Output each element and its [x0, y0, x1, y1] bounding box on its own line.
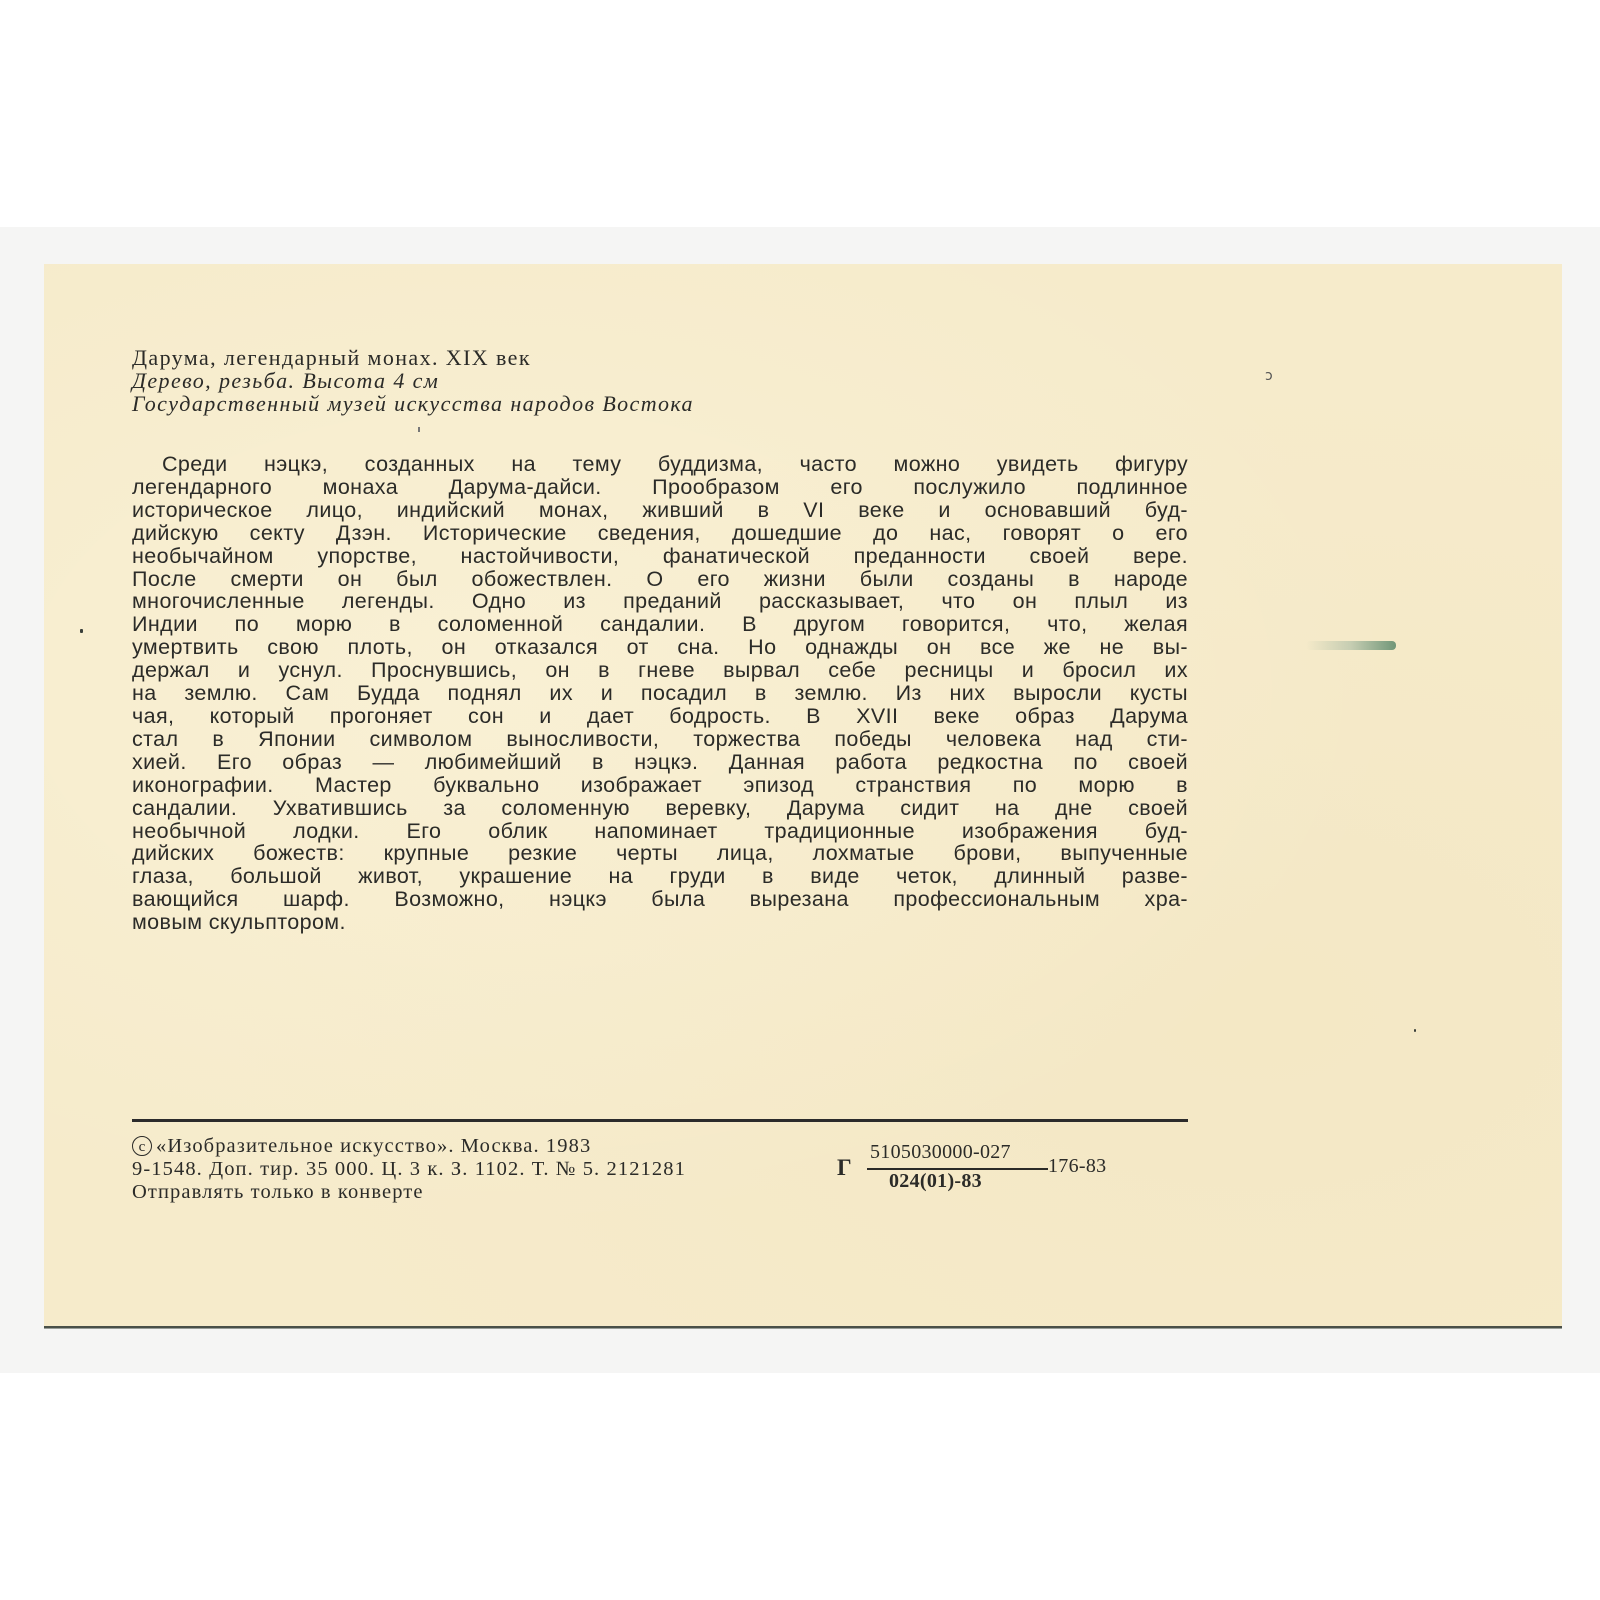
description-line: Индии по морю в соломенной сандалии. В д… — [132, 613, 1188, 636]
description-line: на землю. Сам Будда поднял их и посадил … — [132, 682, 1188, 705]
publisher-line: c«Изобразительное искусство». Москва. 19… — [132, 1135, 686, 1158]
description-line: сандалии. Ухватившись за соломенную вере… — [132, 797, 1188, 820]
green-stain — [1306, 641, 1396, 650]
description-line: чая, который прогоняет сон и дает бодрос… — [132, 705, 1188, 728]
ink-speck — [80, 629, 83, 633]
description-line: дийскую секту Дзэн. Исторические сведени… — [132, 522, 1188, 545]
corner-mark: ɔ — [1265, 368, 1273, 384]
artwork-museum: Государственный музей искусства народов … — [132, 392, 694, 415]
description-line: хией. Его образ — любимейший в нэцкэ. Да… — [132, 751, 1188, 774]
description-line: историческое лицо, индийский монах, живш… — [132, 499, 1188, 522]
catalog-code-denominator: 024(01)-83 — [889, 1170, 982, 1193]
postcard-back: Дарума, легендарный монах. XIX век Дерев… — [44, 264, 1562, 1328]
catalog-code-suffix: 176-83 — [1048, 1155, 1106, 1178]
description-line: легендарного монаха Дарума-дайси. Прообр… — [132, 476, 1188, 499]
catalog-code-letter: Г — [837, 1155, 852, 1181]
description-line: иконографии. Мастер буквально изображает… — [132, 774, 1188, 797]
description-line: мовым скульптором. — [132, 911, 1188, 934]
description-line: После смерти он был обожествлен. О его ж… — [132, 568, 1188, 591]
description-line: глаза, большой живот, украшение на груди… — [132, 865, 1188, 888]
publisher-text: «Изобразительное искусство». Москва. 198… — [156, 1135, 591, 1157]
description-line: многочисленные легенды. Одно из преданий… — [132, 590, 1188, 613]
print-mark — [418, 427, 420, 432]
ink-speck — [1414, 1029, 1416, 1032]
artwork-title: Дарума, легендарный монах. XIX век — [132, 346, 694, 369]
imprint-block: c«Изобразительное искусство». Москва. 19… — [132, 1135, 686, 1204]
description-text: Среди нэцкэ, созданных на тему буддизма,… — [132, 453, 1188, 934]
artwork-caption: Дарума, легендарный монах. XIX век Дерев… — [132, 346, 694, 415]
description-line: держал и уснул. Проснувшись, он в гневе … — [132, 659, 1188, 682]
description-line: вающийся шарф. Возможно, нэцкэ была выре… — [132, 888, 1188, 911]
description-line: умертвить свою плоть, он отказался от сн… — [132, 636, 1188, 659]
catalog-code: Г 5105030000-027 024(01)-83 176-83 — [837, 1141, 1167, 1201]
description-line: необычайном упорстве, настойчивости, фан… — [132, 545, 1188, 568]
description-line: стал в Японии символом выносливости, тор… — [132, 728, 1188, 751]
description-line: необычной лодки. Его облик напоминает тр… — [132, 820, 1188, 843]
description-line: дийских божеств: крупные резкие черты ли… — [132, 842, 1188, 865]
copyright-icon: c — [132, 1136, 152, 1156]
divider-rule — [132, 1119, 1188, 1122]
mailing-note: Отправлять только в конверте — [132, 1181, 686, 1204]
print-run-line: 9-1548. Доп. тир. 35 000. Ц. 3 к. З. 110… — [132, 1158, 686, 1181]
artwork-material: Дерево, резьба. Высота 4 см — [132, 369, 694, 392]
description-line: Среди нэцкэ, созданных на тему буддизма,… — [132, 453, 1188, 476]
catalog-code-numerator: 5105030000-027 — [870, 1141, 1011, 1164]
